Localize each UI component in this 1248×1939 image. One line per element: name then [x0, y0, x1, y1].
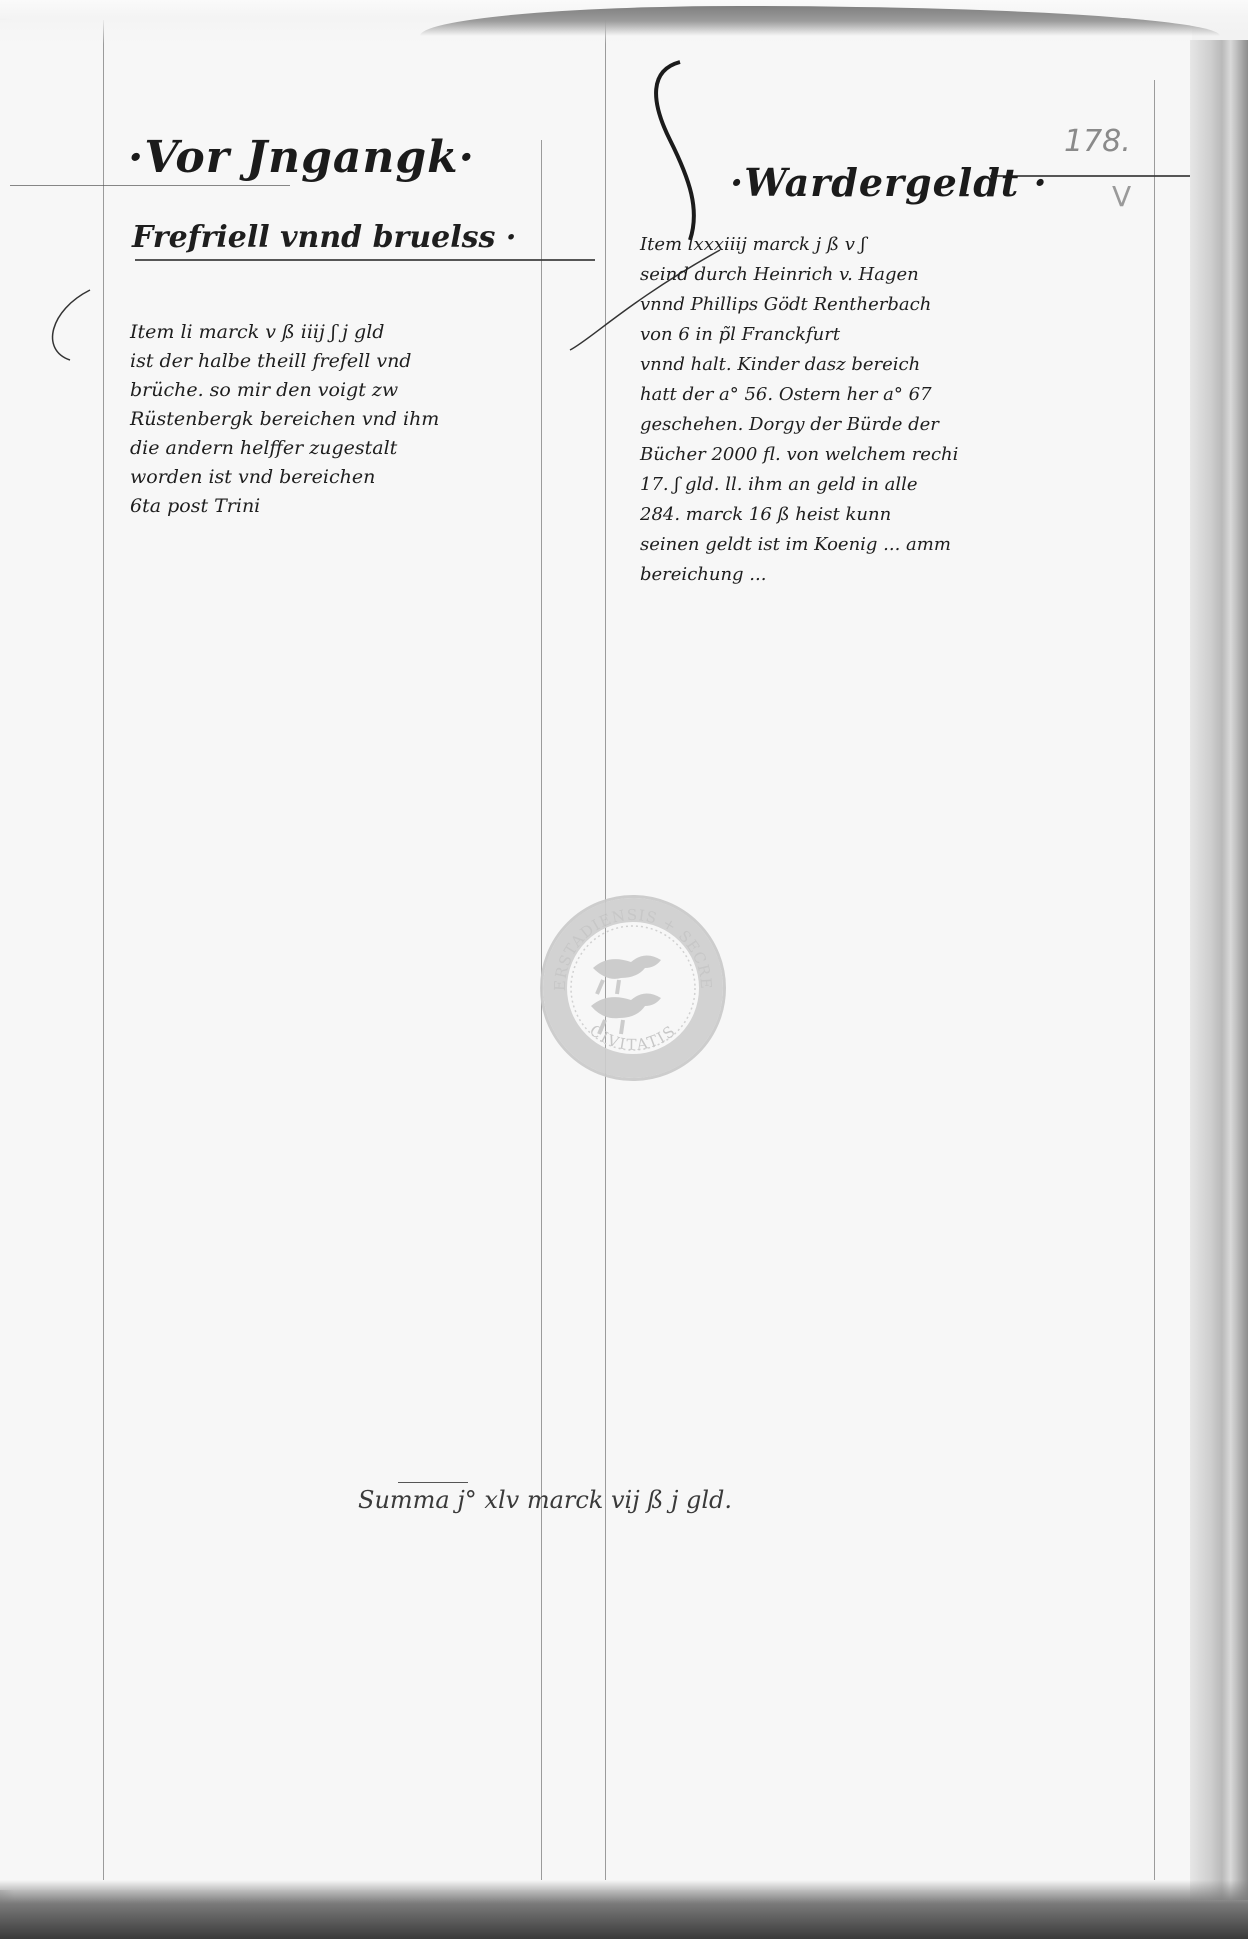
entry-line: die andern helffer zugestalt [130, 434, 439, 463]
seal-lower-text: CIVITATIS [586, 1021, 680, 1054]
check-mark: V [1112, 180, 1131, 213]
entry-line: von 6 in p̃l Franckfurt [640, 320, 958, 350]
svg-text:DUDERSTADIENSIS + SECRETUM: DUDERSTADIENSIS + SECRETUM [543, 898, 715, 991]
entry-line: Item lxxxiiij marck j ß v ʃ [640, 230, 958, 260]
entry-line: Rüstenbergk bereichen vnd ihm [130, 405, 439, 434]
entry-line: ist der halbe theill frefell vnd [130, 347, 439, 376]
entry-line: seind durch Heinrich v. Hagen [640, 260, 958, 290]
entry-line: hatt der a° 56. Ostern her a° 67 [640, 380, 958, 410]
seal-icon: DUDERSTADIENSIS + SECRETUM CIVITATIS [543, 898, 723, 1078]
left-column-entry: Item li marck v ß iiij ʃ j gld ist der h… [130, 318, 439, 521]
entry-line: bereichung ... [640, 560, 958, 590]
left-heading-rule [10, 185, 290, 186]
lion-emblem-icon [591, 955, 661, 1034]
entry-line: geschehen. Dorgy der Bürde der [640, 410, 958, 440]
folio-number: 178. [1064, 124, 1131, 159]
bleed-through-text [620, 620, 1080, 730]
entry-line: Bücher 2000 fl. von welchem rechi [640, 440, 958, 470]
right-margin-rule [1154, 80, 1155, 1880]
manuscript-scan: ·Vor Jngangk· Frefriell vnnd bruelss · ·… [0, 0, 1248, 1939]
ledger-page: ·Vor Jngangk· Frefriell vnnd bruelss · ·… [0, 20, 1192, 1890]
city-seal-stamp: DUDERSTADIENSIS + SECRETUM CIVITATIS [540, 895, 726, 1081]
entry-line: 284. marck 16 ß heist kunn [640, 500, 958, 530]
entry-line: brüche. so mir den voigt zw [130, 376, 439, 405]
total-sum: Summa j° xlv marck vij ß j gld. [358, 1486, 732, 1514]
entry-line: 6ta post Trini [130, 492, 439, 521]
bottom-worn-edge [0, 1880, 1248, 1939]
entry-line: vnnd Phillips Gödt Rentherbach [640, 290, 958, 320]
entry-line: vnnd halt. Kinder dasz bereich [640, 350, 958, 380]
svg-text:CIVITATIS: CIVITATIS [586, 1021, 680, 1054]
entry-line: seinen geldt ist im Koenig ... amm [640, 530, 958, 560]
binding-right-edge [1190, 40, 1248, 1900]
sum-overline [398, 1482, 468, 1483]
entry-line: 17. ʃ gld. ll. ihm an geld in alle [640, 470, 958, 500]
right-column-entry: Item lxxxiiij marck j ß v ʃ seind durch … [640, 230, 958, 590]
bleed-through-heading [360, 140, 880, 200]
seal-upper-text: DUDERSTADIENSIS + SECRETUM [543, 898, 715, 991]
entry-line: Item li marck v ß iiij ʃ j gld [130, 318, 439, 347]
entry-line: worden ist vnd bereichen [130, 463, 439, 492]
